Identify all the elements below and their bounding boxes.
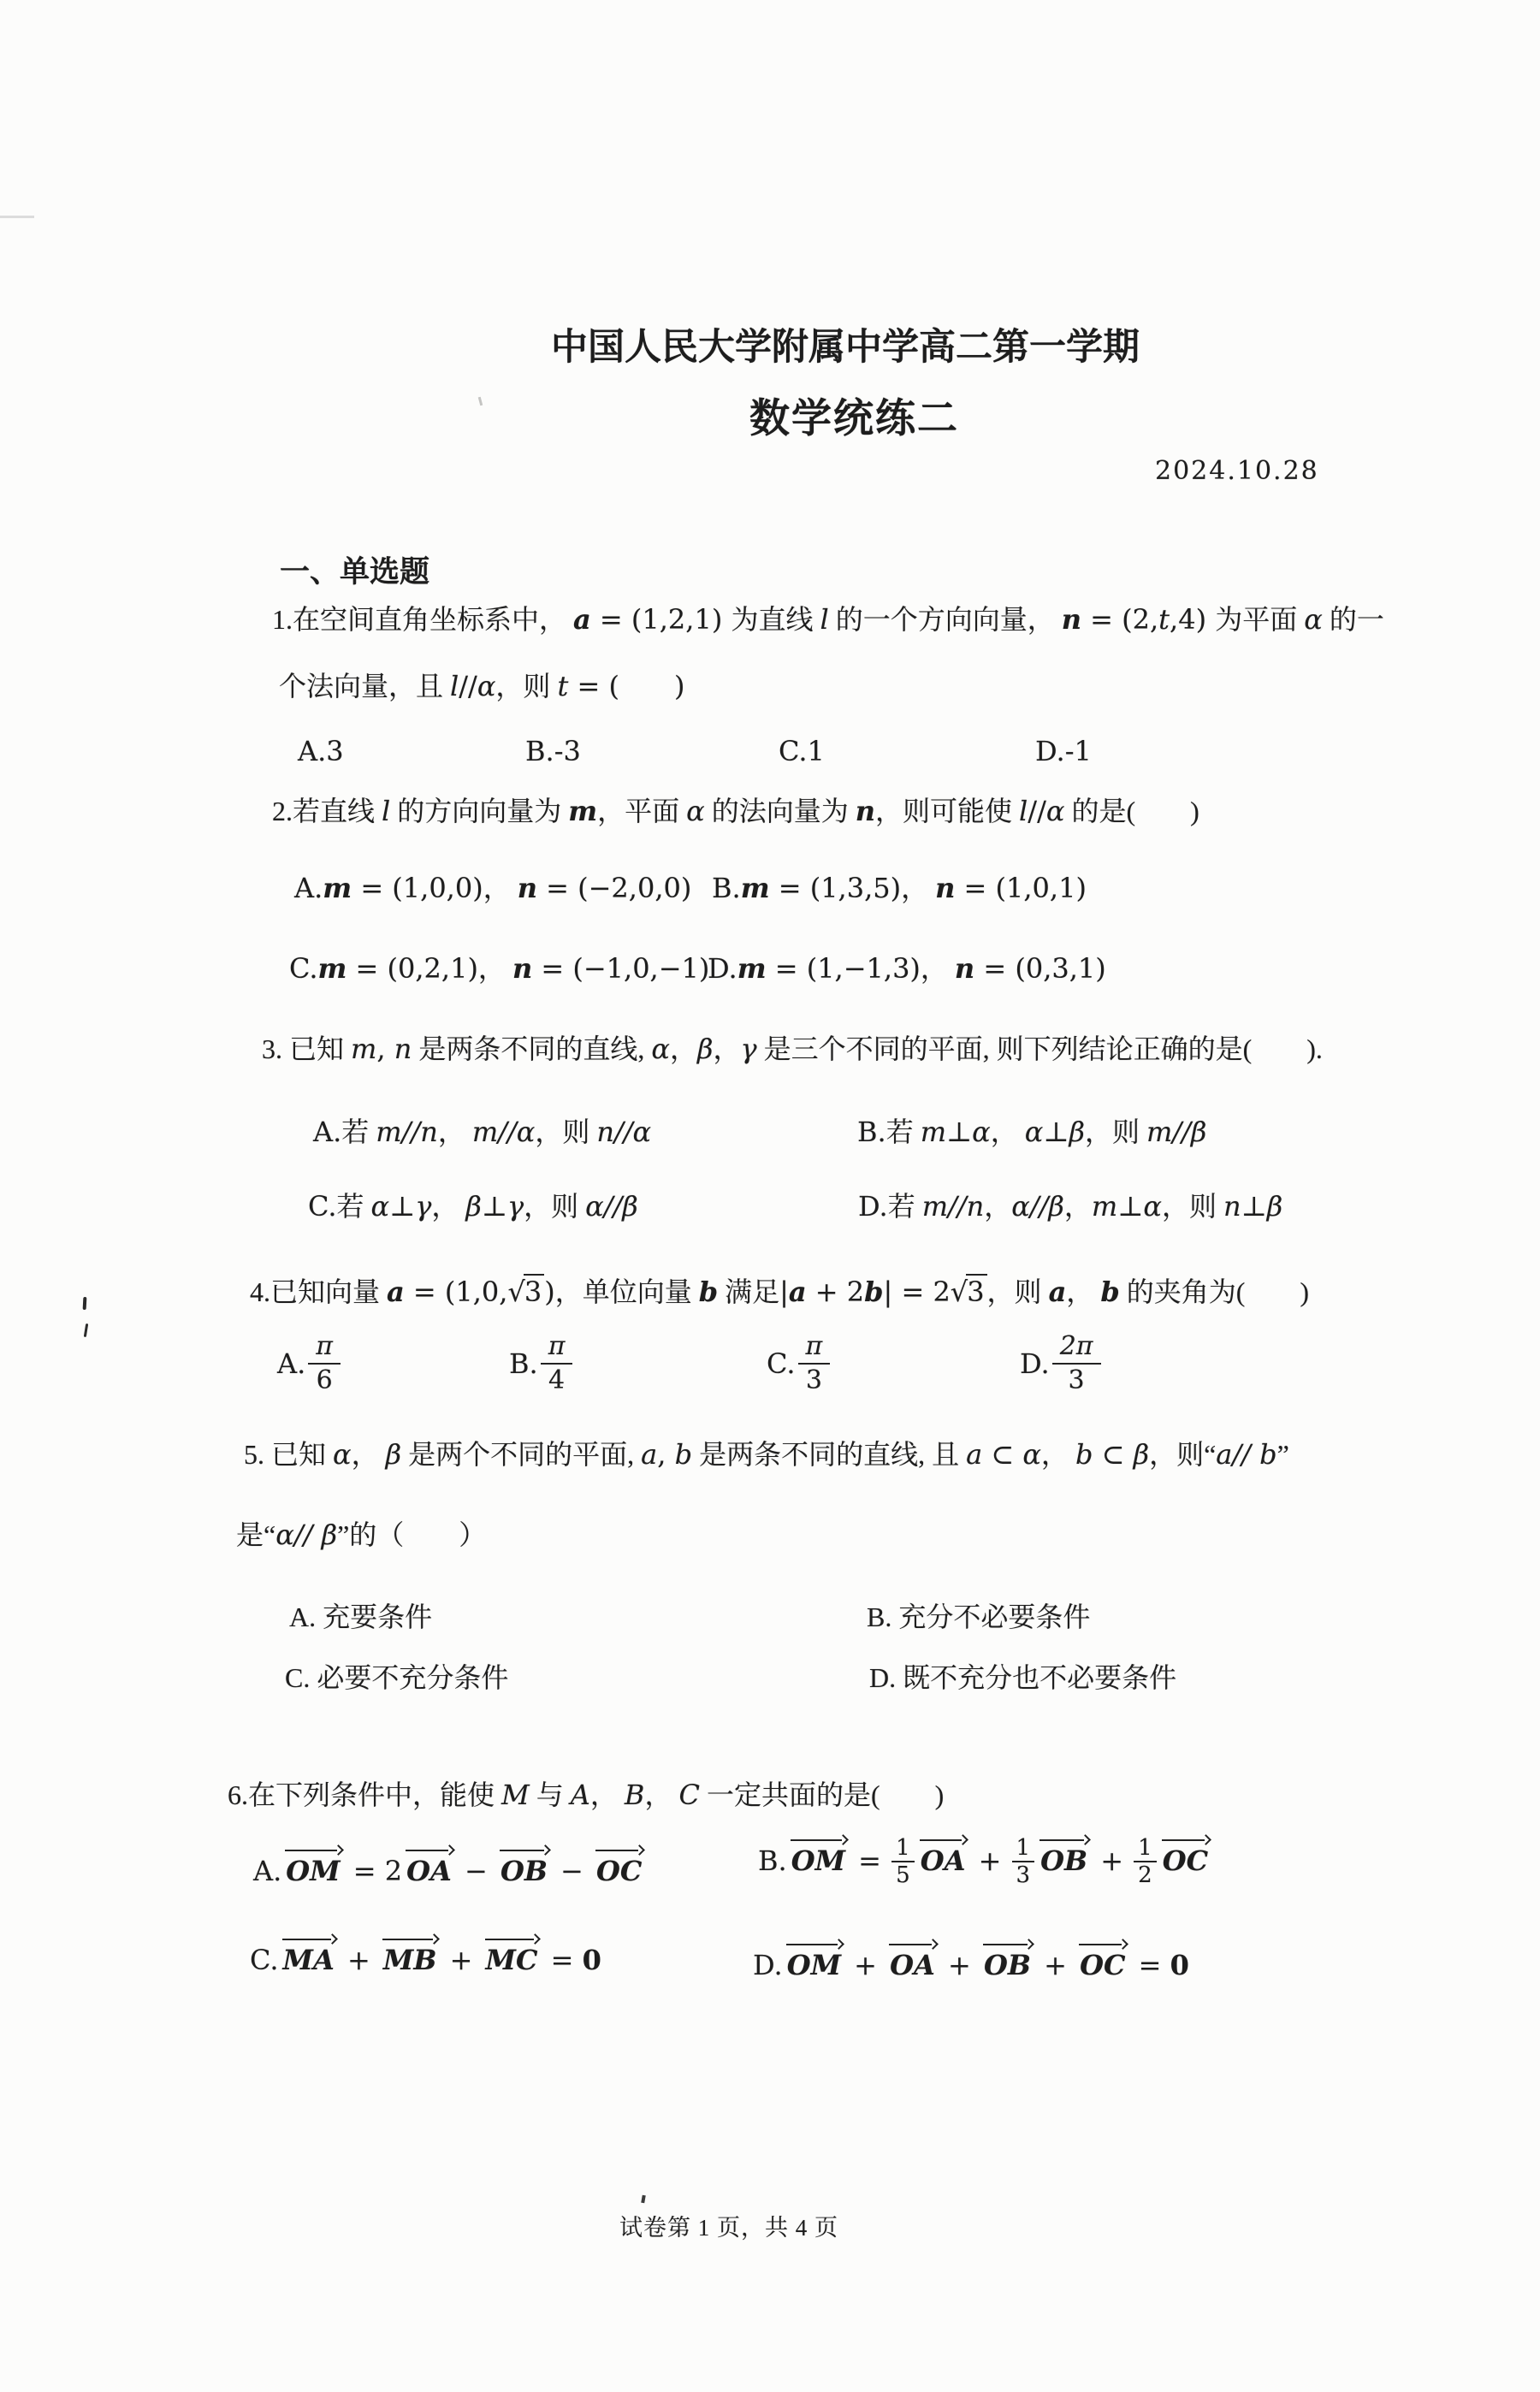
- math-seg: a: [387, 1276, 405, 1308]
- option-label: A.: [253, 1855, 281, 1887]
- q6-option-b: B.OM = 15OA + 13OB + 12OC: [758, 1836, 1212, 1889]
- math-seg: α: [333, 1438, 352, 1471]
- text-seg: ，则“: [1149, 1439, 1216, 1470]
- math-seg: l: [1019, 795, 1028, 827]
- math-seg: |: [779, 1276, 789, 1308]
- q1-option-c: C.1: [779, 734, 825, 768]
- q5-option-b: B. 充分不必要条件: [867, 1600, 1090, 1634]
- math-seg: = (1,0,1): [955, 872, 1087, 904]
- text-seg: ，则: [524, 1191, 585, 1222]
- math-seg: a: [641, 1438, 657, 1471]
- text-seg: 个法向量，且: [279, 671, 450, 702]
- q1-option-a: A.3: [298, 734, 344, 768]
- option-label: C.: [250, 1944, 279, 1976]
- scan-artifact-tick: [84, 1323, 88, 1337]
- text-seg: 1.在空间直角坐标系中，: [272, 604, 573, 635]
- q5-option-d: D. 既不充分也不必要条件: [869, 1661, 1176, 1695]
- vector-seg: OB: [982, 1940, 1033, 1982]
- text-seg: ，: [713, 1033, 740, 1064]
- math-seg: α⊥γ: [371, 1190, 432, 1223]
- text-seg: ”的（ ）: [337, 1519, 486, 1550]
- math-seg: //: [1028, 795, 1046, 827]
- text-seg: ，: [352, 1439, 386, 1470]
- math-seg: =: [850, 1844, 890, 1877]
- math-seg: +: [441, 1944, 481, 1976]
- q3-option-c: C.若 α⊥γ， β⊥γ，则 α//β: [308, 1189, 638, 1223]
- vector-seg: MA: [281, 1935, 336, 1977]
- fraction-denominator: 6: [317, 1365, 333, 1394]
- math-seg: = (−2,0,0): [537, 872, 691, 904]
- scan-artifact-dot: [641, 2195, 646, 2204]
- math-seg: n⊥β: [1223, 1190, 1282, 1223]
- scan-artifact-line: [0, 216, 34, 218]
- math-seg: t: [557, 670, 568, 702]
- math-seg: α: [1304, 603, 1323, 636]
- text-seg: 为平面: [1215, 604, 1304, 635]
- math-seg: 0: [583, 1944, 601, 1976]
- text-seg: 若: [341, 1116, 376, 1147]
- fraction-denominator: 2: [1138, 1862, 1152, 1886]
- math-seg: −: [552, 1855, 592, 1887]
- radicand: 3: [524, 1274, 544, 1308]
- text-seg: ，则: [495, 671, 557, 702]
- math-seg: a// b: [1216, 1438, 1276, 1471]
- exam-paper-page: 中国人民大学附属中学高二第一学期 数学统练二 2024.10.28 一、单选题 …: [0, 0, 1540, 2392]
- text-seg: ，: [590, 1779, 625, 1810]
- text-seg: ，则可能使: [875, 796, 1019, 826]
- math-seg: α: [651, 1033, 670, 1065]
- text-seg: 若: [886, 1116, 921, 1147]
- text-seg: 3. 已知: [262, 1033, 351, 1064]
- math-seg: b: [864, 1276, 883, 1308]
- math-seg: = (2,: [1081, 603, 1158, 636]
- q6-option-a: A.OM = 2OA − OB − OC: [253, 1846, 646, 1888]
- text-seg: 的夹角为( ): [1120, 1276, 1309, 1307]
- radicand: 3: [966, 1274, 986, 1308]
- text-seg: 的一: [1323, 604, 1384, 635]
- math-seg: +: [1035, 1949, 1075, 1981]
- math-seg: m: [741, 872, 770, 904]
- math-seg: α// β: [275, 1519, 337, 1551]
- math-seg: =: [1129, 1949, 1170, 1981]
- text-seg: ，: [478, 953, 512, 984]
- text-seg: ，: [438, 1116, 472, 1147]
- q3-option-a: A.若 m//n， m//α，则 n//α: [313, 1115, 651, 1149]
- text-seg: ，: [984, 1191, 1011, 1222]
- section-heading: 一、单选题: [280, 548, 429, 591]
- math-seg: m//α: [472, 1116, 536, 1148]
- option-label: D.: [753, 1949, 783, 1981]
- vector-seg: OC: [595, 1846, 643, 1888]
- text-seg: ，: [901, 873, 935, 903]
- q5-option-a: A. 充要条件: [289, 1600, 432, 1634]
- math-seg: m//β: [1146, 1116, 1206, 1148]
- exam-title: 中国人民大学附属中学高二第一学期: [551, 318, 1140, 370]
- text-seg: ，单位向量: [555, 1276, 699, 1307]
- option-label: B.: [712, 872, 741, 904]
- math-seg: +: [939, 1949, 980, 1981]
- q1-stem-line-1: 1.在空间直角坐标系中， a = (1,2,1) 为直线 l 的一个方向向量， …: [272, 602, 1384, 636]
- fraction: 2π3: [1052, 1333, 1101, 1394]
- math-seg: = (1,3,5): [770, 872, 902, 904]
- q1-option-d: D.-1: [1035, 734, 1092, 768]
- vector-seg: OA: [405, 1846, 453, 1888]
- math-seg: n: [935, 872, 955, 904]
- fraction-denominator: 5: [896, 1862, 910, 1886]
- option-label: A.: [294, 872, 323, 904]
- math-seg: = (0,2,1): [346, 952, 478, 985]
- math-seg: ): [544, 1276, 554, 1308]
- fraction: π4: [541, 1333, 573, 1394]
- text-seg: 满足: [718, 1276, 779, 1307]
- fraction-denominator: 3: [806, 1365, 822, 1394]
- math-seg: m: [351, 1033, 376, 1065]
- vector-seg: OB: [1039, 1836, 1089, 1878]
- text-seg: ，: [1066, 1276, 1100, 1307]
- math-seg: n: [512, 952, 532, 985]
- q1-option-b: B.-3: [525, 734, 581, 768]
- q2-option-b: B.m = (1,3,5)， n = (1,0,1): [712, 871, 1087, 905]
- text-seg: ，: [1041, 1439, 1075, 1470]
- option-label: B.: [509, 1347, 538, 1380]
- q5-option-c: C. 必要不充分条件: [285, 1661, 508, 1695]
- fraction-numerator: π: [798, 1333, 831, 1365]
- q4-stem: 4.已知向量 a = (1,0,√3)，单位向量 b 满足|a + 2b| = …: [250, 1275, 1309, 1309]
- page-footer: 试卷第 1 页，共 4 页: [619, 2209, 838, 2242]
- text-seg: ，则: [1085, 1116, 1146, 1147]
- math-seg: = (1,0,: [405, 1276, 508, 1308]
- math-seg: α//β: [585, 1190, 638, 1223]
- math-seg: b ⊂ β: [1075, 1438, 1149, 1471]
- math-seg: n: [518, 872, 537, 904]
- q5-stem-line-1: 5. 已知 α， β 是两个不同的平面, a, b 是两条不同的直线, 且 a …: [244, 1437, 1289, 1471]
- math-seg: α: [1046, 795, 1065, 827]
- math-seg: | = 2: [884, 1276, 951, 1308]
- math-seg: β: [386, 1438, 402, 1471]
- fraction-denominator: 3: [1016, 1862, 1031, 1886]
- option-label: C.: [308, 1190, 337, 1223]
- text-seg: 若: [888, 1191, 922, 1222]
- option-label: D.: [708, 952, 737, 985]
- math-seg: b: [675, 1438, 692, 1471]
- math-seg: −: [456, 1855, 496, 1887]
- math-seg: = (1,2,1): [591, 603, 731, 636]
- text-seg: 的法向量为: [705, 796, 856, 826]
- fraction-numerator: 1: [891, 1837, 915, 1862]
- vector-seg: OA: [888, 1940, 937, 1982]
- vector-seg: OC: [1161, 1836, 1210, 1878]
- math-seg: = (0,3,1): [974, 952, 1106, 985]
- math-seg: a: [789, 1276, 807, 1308]
- fraction-numerator: 1: [1012, 1837, 1035, 1862]
- math-seg: +: [969, 1844, 1010, 1877]
- text-seg: ，则: [535, 1116, 596, 1147]
- q4-option-d: D.2π3: [1020, 1336, 1104, 1397]
- q6-stem: 6.在下列条件中，能使 M 与 A， B， C 一定共面的是( ): [228, 1778, 944, 1812]
- radical-sign: √: [507, 1276, 524, 1308]
- math-seg: = (1,−1,3): [767, 952, 921, 985]
- text-seg: ，则: [987, 1276, 1049, 1307]
- math-seg: l: [820, 603, 828, 636]
- q6-option-c: C.MA + MB + MC = 0: [250, 1935, 601, 1977]
- text-seg: ，: [1064, 1191, 1092, 1222]
- math-seg: m//n: [922, 1190, 985, 1223]
- text-seg: 2.若直线: [272, 796, 382, 826]
- math-seg: 0: [1170, 1949, 1189, 1981]
- math-seg: a: [573, 603, 591, 636]
- math-seg: n: [394, 1033, 412, 1065]
- fraction-numerator: π: [541, 1333, 573, 1365]
- text-seg: 的方向向量为: [390, 796, 568, 826]
- text-seg: 的一个方向向量，: [829, 604, 1062, 635]
- math-seg: ,: [376, 1033, 394, 1065]
- math-seg: m: [323, 872, 352, 904]
- math-seg: m⊥α: [1092, 1190, 1162, 1223]
- math-seg: A: [571, 1779, 590, 1811]
- q5-stem-line-2: 是“α// β”的（ ）: [236, 1518, 486, 1552]
- text-seg: 4.已知向量: [250, 1276, 387, 1307]
- text-seg: 是两条不同的直线, 且: [692, 1439, 966, 1470]
- q4-option-b: B.π4: [509, 1336, 575, 1397]
- math-seg: = (−1,0,−1): [532, 952, 709, 985]
- text-seg: 的是( ): [1064, 796, 1199, 826]
- q4-option-c: C.π3: [767, 1336, 832, 1397]
- math-seg: +: [1092, 1844, 1132, 1877]
- math-seg: m: [318, 952, 347, 985]
- vector-seg: OM: [284, 1846, 341, 1888]
- fraction: 13: [1012, 1837, 1035, 1886]
- text-seg: 是两个不同的平面,: [401, 1439, 641, 1470]
- math-seg: //: [459, 670, 477, 702]
- math-seg: m⊥α: [921, 1116, 991, 1148]
- text-seg: 6.在下列条件中，能使: [228, 1779, 501, 1810]
- math-seg: = ( ): [568, 670, 684, 702]
- option-label: D.: [1020, 1347, 1050, 1380]
- vector-seg: OC: [1078, 1940, 1127, 1982]
- math-seg: l: [450, 670, 459, 702]
- text-seg: 若: [337, 1191, 371, 1222]
- text-seg: 是两条不同的直线,: [412, 1033, 651, 1064]
- q2-stem: 2.若直线 l 的方向向量为 m，平面 α 的法向量为 n，则可能使 l//α …: [272, 794, 1199, 828]
- q2-option-a: A.m = (1,0,0)， n = (−2,0,0): [294, 871, 691, 905]
- math-seg: α//β: [1011, 1190, 1064, 1223]
- math-seg: = (1,0,0): [352, 872, 483, 904]
- vector-seg: OB: [499, 1846, 549, 1888]
- math-seg: +: [845, 1949, 885, 1981]
- math-seg: b: [699, 1276, 718, 1308]
- option-label: A.: [277, 1347, 305, 1380]
- fraction: π6: [308, 1333, 341, 1394]
- fraction-numerator: 1: [1134, 1837, 1157, 1862]
- q1-stem-line-2: 个法向量，且 l//α，则 t = ( ): [279, 669, 684, 703]
- q4-option-a: A.π6: [277, 1336, 343, 1397]
- option-label: D.: [858, 1190, 888, 1223]
- math-seg: β⊥γ: [465, 1190, 524, 1223]
- math-seg: C: [678, 1779, 699, 1811]
- vector-seg: OA: [919, 1836, 968, 1878]
- option-label: C.: [767, 1347, 796, 1380]
- q2-option-c: C.m = (0,2,1)， n = (−1,0,−1): [289, 951, 709, 986]
- fraction-denominator: 4: [548, 1365, 565, 1394]
- q3-option-b: B.若 m⊥α， α⊥β，则 m//β: [857, 1115, 1206, 1149]
- vector-seg: MB: [382, 1935, 438, 1977]
- math-seg: l: [382, 795, 390, 827]
- math-seg: t: [1158, 603, 1170, 636]
- fraction-numerator: π: [308, 1333, 341, 1365]
- math-seg: α: [477, 670, 496, 702]
- math-seg: +: [339, 1944, 379, 1976]
- fraction: 15: [891, 1837, 915, 1886]
- text-seg: ，: [670, 1033, 697, 1064]
- fraction-numerator: 2π: [1052, 1333, 1101, 1365]
- math-seg: =: [542, 1944, 582, 1976]
- text-seg: ，则: [1162, 1191, 1223, 1222]
- scan-artifact-speck: [478, 397, 483, 406]
- math-seg: = 2: [345, 1855, 403, 1887]
- math-seg: ,: [657, 1438, 674, 1471]
- option-label: B.: [758, 1844, 787, 1877]
- math-seg: α⊥β: [1025, 1116, 1085, 1148]
- q2-option-d: D.m = (1,−1,3)， n = (0,3,1): [708, 951, 1106, 986]
- math-seg: ,4): [1170, 603, 1215, 636]
- math-seg: a ⊂ α: [966, 1438, 1041, 1471]
- text-seg: ，: [431, 1191, 465, 1222]
- math-seg: m: [737, 952, 767, 985]
- math-seg: M: [501, 1779, 530, 1811]
- math-seg: β: [697, 1033, 714, 1065]
- text-seg: 与: [530, 1779, 571, 1810]
- text-seg: ，: [991, 1116, 1025, 1147]
- vector-seg: OM: [785, 1940, 843, 1982]
- q3-stem: 3. 已知 m, n 是两条不同的直线, α，β，γ 是三个不同的平面, 则下列…: [262, 1032, 1323, 1066]
- text-seg: ，: [921, 953, 955, 984]
- exam-subtitle: 数学统练二: [749, 387, 959, 444]
- math-seg: a: [1049, 1276, 1067, 1308]
- option-label: A.: [313, 1116, 341, 1148]
- q6-option-d: D.OM + OA + OB + OC = 0: [753, 1940, 1189, 1982]
- fraction-denominator: 3: [1069, 1365, 1085, 1394]
- text-seg: ，: [483, 873, 518, 903]
- q3-option-d: D.若 m//n，α//β，m⊥α，则 n⊥β: [858, 1189, 1282, 1223]
- math-seg: m//n: [376, 1116, 438, 1148]
- option-label: B.: [857, 1116, 886, 1148]
- math-seg: b: [1100, 1276, 1119, 1308]
- math-seg: n//α: [596, 1116, 651, 1148]
- text-seg: 为直线: [731, 604, 820, 635]
- text-seg: 5. 已知: [244, 1439, 333, 1470]
- math-seg: n: [1062, 603, 1081, 636]
- vector-seg: MC: [484, 1935, 540, 1977]
- math-seg: m: [568, 795, 597, 827]
- text-seg: 是“: [236, 1519, 275, 1550]
- vector-seg: OM: [790, 1836, 847, 1878]
- math-seg: n: [955, 952, 974, 985]
- math-seg: n: [856, 795, 875, 827]
- text-seg: ，平面: [597, 796, 686, 826]
- scan-artifact-tick: [83, 1297, 87, 1310]
- exam-date: 2024.10.28: [1155, 456, 1319, 486]
- text-seg: 一定共面的是( ): [700, 1779, 944, 1810]
- math-seg: B: [625, 1779, 645, 1811]
- math-seg: + 2: [807, 1276, 865, 1308]
- math-seg: α: [686, 795, 705, 827]
- text-seg: ”: [1277, 1439, 1289, 1470]
- fraction: 12: [1134, 1837, 1157, 1886]
- text-seg: ，: [644, 1779, 678, 1810]
- option-label: C.: [289, 952, 318, 985]
- fraction: π3: [798, 1333, 831, 1394]
- text-seg: 是三个不同的平面, 则下列结论正确的是( ).: [757, 1033, 1323, 1064]
- math-seg: γ: [740, 1033, 756, 1065]
